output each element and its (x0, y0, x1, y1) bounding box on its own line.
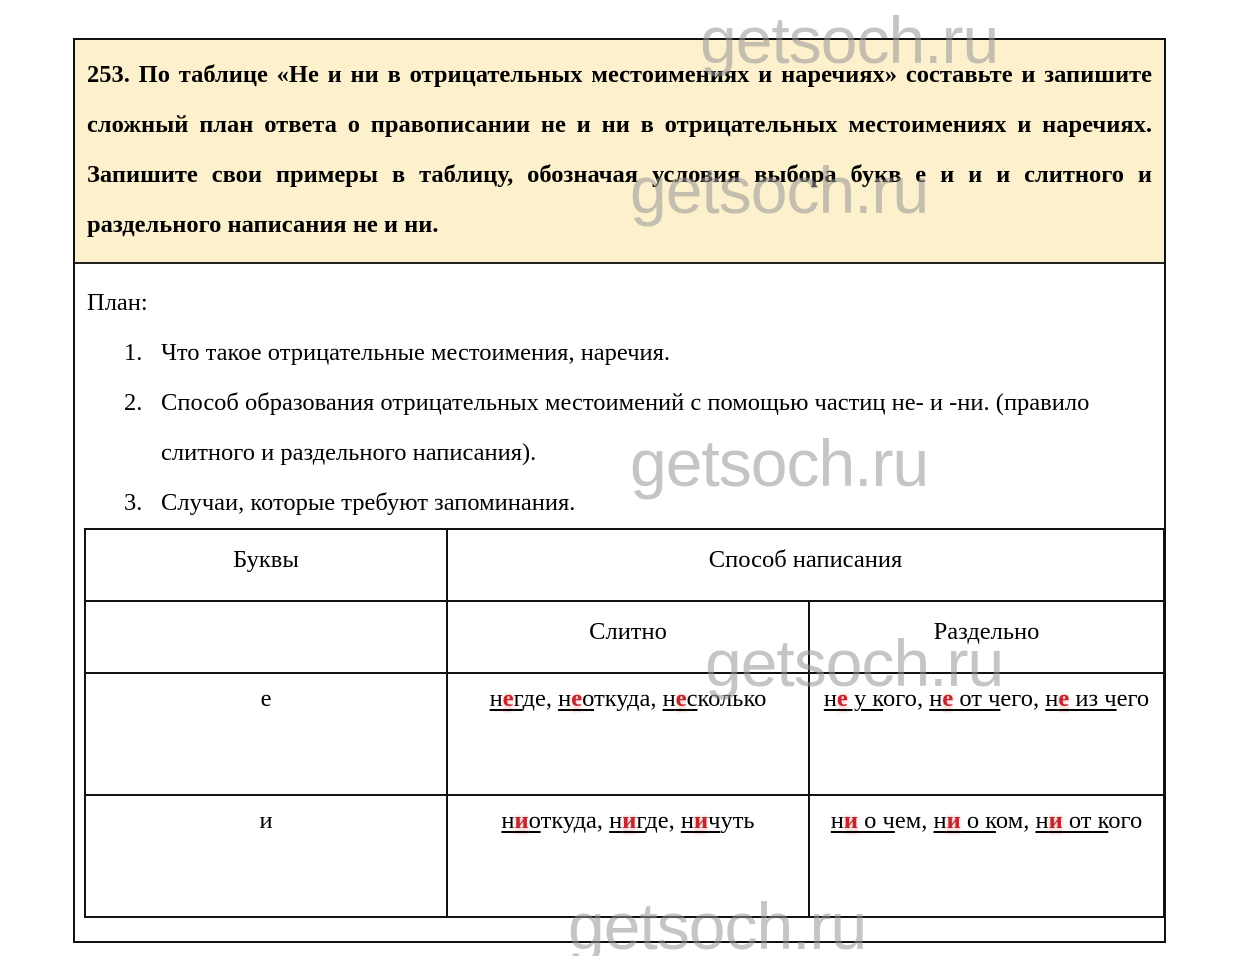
plan-item-text: Случаи, которые требуют запоминания. (161, 489, 575, 516)
example-word: нигде (609, 807, 668, 834)
example-word: не у кого (824, 685, 917, 712)
example-word: неоткуда (558, 685, 650, 712)
fused-examples-cell: ниоткуда, нигде, ничуть (447, 795, 809, 917)
highlighted-vowel: и (694, 807, 708, 834)
plan-item: 2.Способ образования отрицательных место… (87, 378, 1151, 478)
table-subheader-row: Слитно Раздельно (85, 601, 1164, 673)
task-box: 253. По таблице «Не и ни в отрицательных… (75, 40, 1164, 264)
highlighted-vowel: е (942, 685, 953, 712)
examples-table: Буквы Способ написания Слитно Раздельно … (84, 528, 1165, 918)
plan-item: 1.Что такое отрицательные местоимения, н… (87, 328, 1151, 378)
example-word: ни о ком (934, 807, 1024, 834)
letter-cell: и (85, 795, 447, 917)
task-text: 253. По таблице «Не и ни в отрицательных… (87, 50, 1152, 250)
highlighted-vowel: е (503, 685, 514, 712)
table-row: е негде, неоткуда, несколько не у кого, … (85, 673, 1164, 795)
highlighted-vowel: и (1049, 807, 1063, 834)
highlighted-vowel: е (676, 685, 687, 712)
answer-plan: План: 1.Что такое отрицательные местоиме… (87, 278, 1151, 528)
plan-item: 3.Случаи, которые требуют запоминания. (87, 478, 1151, 528)
highlighted-vowel: е (1058, 685, 1069, 712)
subheader-separate: Раздельно (809, 601, 1164, 673)
highlighted-vowel: и (844, 807, 858, 834)
example-word: не от чего (929, 685, 1033, 712)
plan-title: План: (87, 278, 1151, 328)
subheader-fused: Слитно (447, 601, 809, 673)
separate-examples-cell: ни о чем, ни о ком, ни от кого (809, 795, 1164, 917)
separate-examples-cell: не у кого, не от чего, не из чего (809, 673, 1164, 795)
plan-list: 1.Что такое отрицательные местоимения, н… (87, 328, 1151, 528)
highlighted-vowel: е (837, 685, 848, 712)
plan-item-text: Способ образования отрицательных местоим… (161, 389, 1089, 466)
example-word: негде (490, 685, 546, 712)
header-method: Способ написания (447, 529, 1164, 601)
plan-item-number: 1. (124, 328, 142, 378)
table-row: и ниоткуда, нигде, ничуть ни о чем, ни о… (85, 795, 1164, 917)
highlighted-vowel: и (515, 807, 529, 834)
fused-examples-cell: негде, неоткуда, несколько (447, 673, 809, 795)
header-letters: Буквы (85, 529, 447, 601)
plan-item-text: Что такое отрицательные местоимения, нар… (161, 339, 670, 366)
example-word: ничуть (681, 807, 755, 834)
example-word: ни от кого (1035, 807, 1142, 834)
highlighted-vowel: и (622, 807, 636, 834)
example-word: ни о чем (831, 807, 921, 834)
plan-item-number: 3. (124, 478, 142, 528)
highlighted-vowel: е (571, 685, 582, 712)
table-header-row: Буквы Способ написания (85, 529, 1164, 601)
exercise-frame: 253. По таблице «Не и ни в отрицательных… (73, 38, 1166, 943)
letter-cell: е (85, 673, 447, 795)
plan-item-number: 2. (124, 378, 142, 428)
example-word: ниоткуда (501, 807, 597, 834)
example-word: несколько (663, 685, 767, 712)
highlighted-vowel: и (947, 807, 961, 834)
subheader-empty (85, 601, 447, 673)
example-word: не из чего (1045, 685, 1149, 712)
